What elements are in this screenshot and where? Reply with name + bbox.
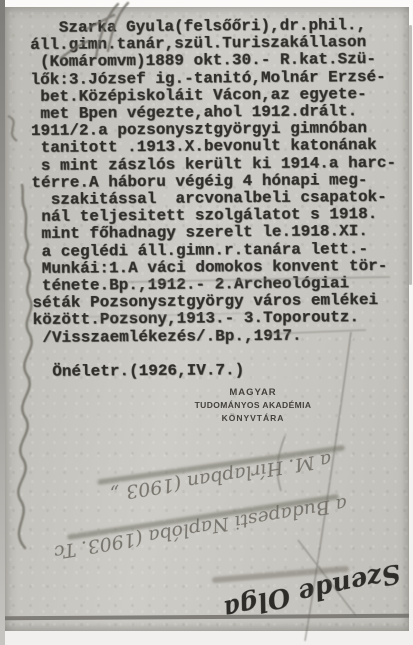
stamp-line-1: MAGYAR	[183, 386, 323, 399]
card-bottom-edge	[5, 614, 409, 620]
type-line: Önéletr.(1926,IV.7.)	[33, 361, 398, 381]
typewritten-text: Szarka Gyula(felsőőri),dr.phil.,áll.gimn…	[30, 17, 398, 381]
library-stamp: MAGYAR TUDOMÁNYOS AKADÉMIA KÖNYVTÁRA	[183, 386, 323, 425]
scan-edge-right	[409, 25, 412, 285]
stamp-line-2: TUDOMÁNYOS AKADÉMIA	[183, 399, 323, 412]
scanned-archival-card: Szarka Gyula(felsőőri),dr.phil.,áll.gimn…	[0, 0, 413, 645]
index-card: Szarka Gyula(felsőőri),dr.phil.,áll.gimn…	[5, 7, 409, 631]
stamp-line-3: KÖNYVTÁRA	[183, 412, 323, 425]
